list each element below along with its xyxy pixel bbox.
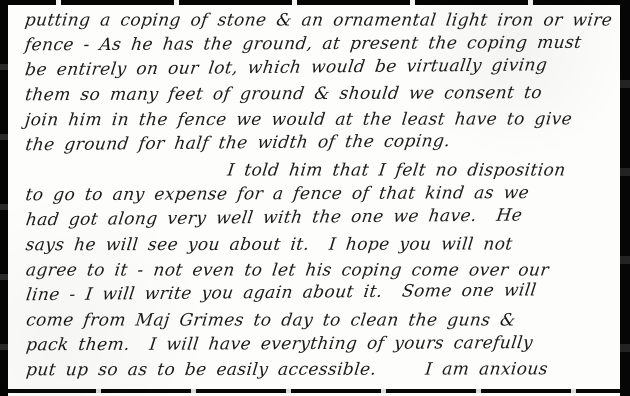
scan-border-bottom: [6, 389, 622, 393]
scan-border-right: [620, 0, 630, 396]
handwriting-line: putting a coping of stone & an ornamenta…: [23, 8, 616, 33]
handwriting-text-block: putting a coping of stone & an ornamenta…: [23, 6, 615, 384]
letter-scan-page: putting a coping of stone & an ornamenta…: [0, 0, 630, 396]
handwriting-line: pack them. I will have everything of you…: [25, 331, 618, 359]
handwriting-line-paragraph-start: I told him that I felt no disposition: [24, 158, 617, 183]
handwriting-line: line - I will write you again about it. …: [24, 278, 618, 309]
handwriting-line: had got along very well with the one we …: [24, 203, 618, 234]
handwriting-line: says he will see you about it. I hope yo…: [24, 232, 616, 258]
scan-border-left: [0, 0, 8, 396]
handwriting-line: the ground for half the width of the cop…: [24, 128, 618, 159]
handwriting-line: put up so as to be easily accessible. I …: [25, 357, 617, 383]
handwriting-line: come from Maj Grimes to day to clean the…: [25, 308, 618, 333]
handwriting-line: them so many feet of ground & should we …: [24, 81, 617, 109]
scan-border-top: [0, 0, 630, 5]
handwriting-line: be entirely on our lot, which would be v…: [24, 53, 618, 84]
